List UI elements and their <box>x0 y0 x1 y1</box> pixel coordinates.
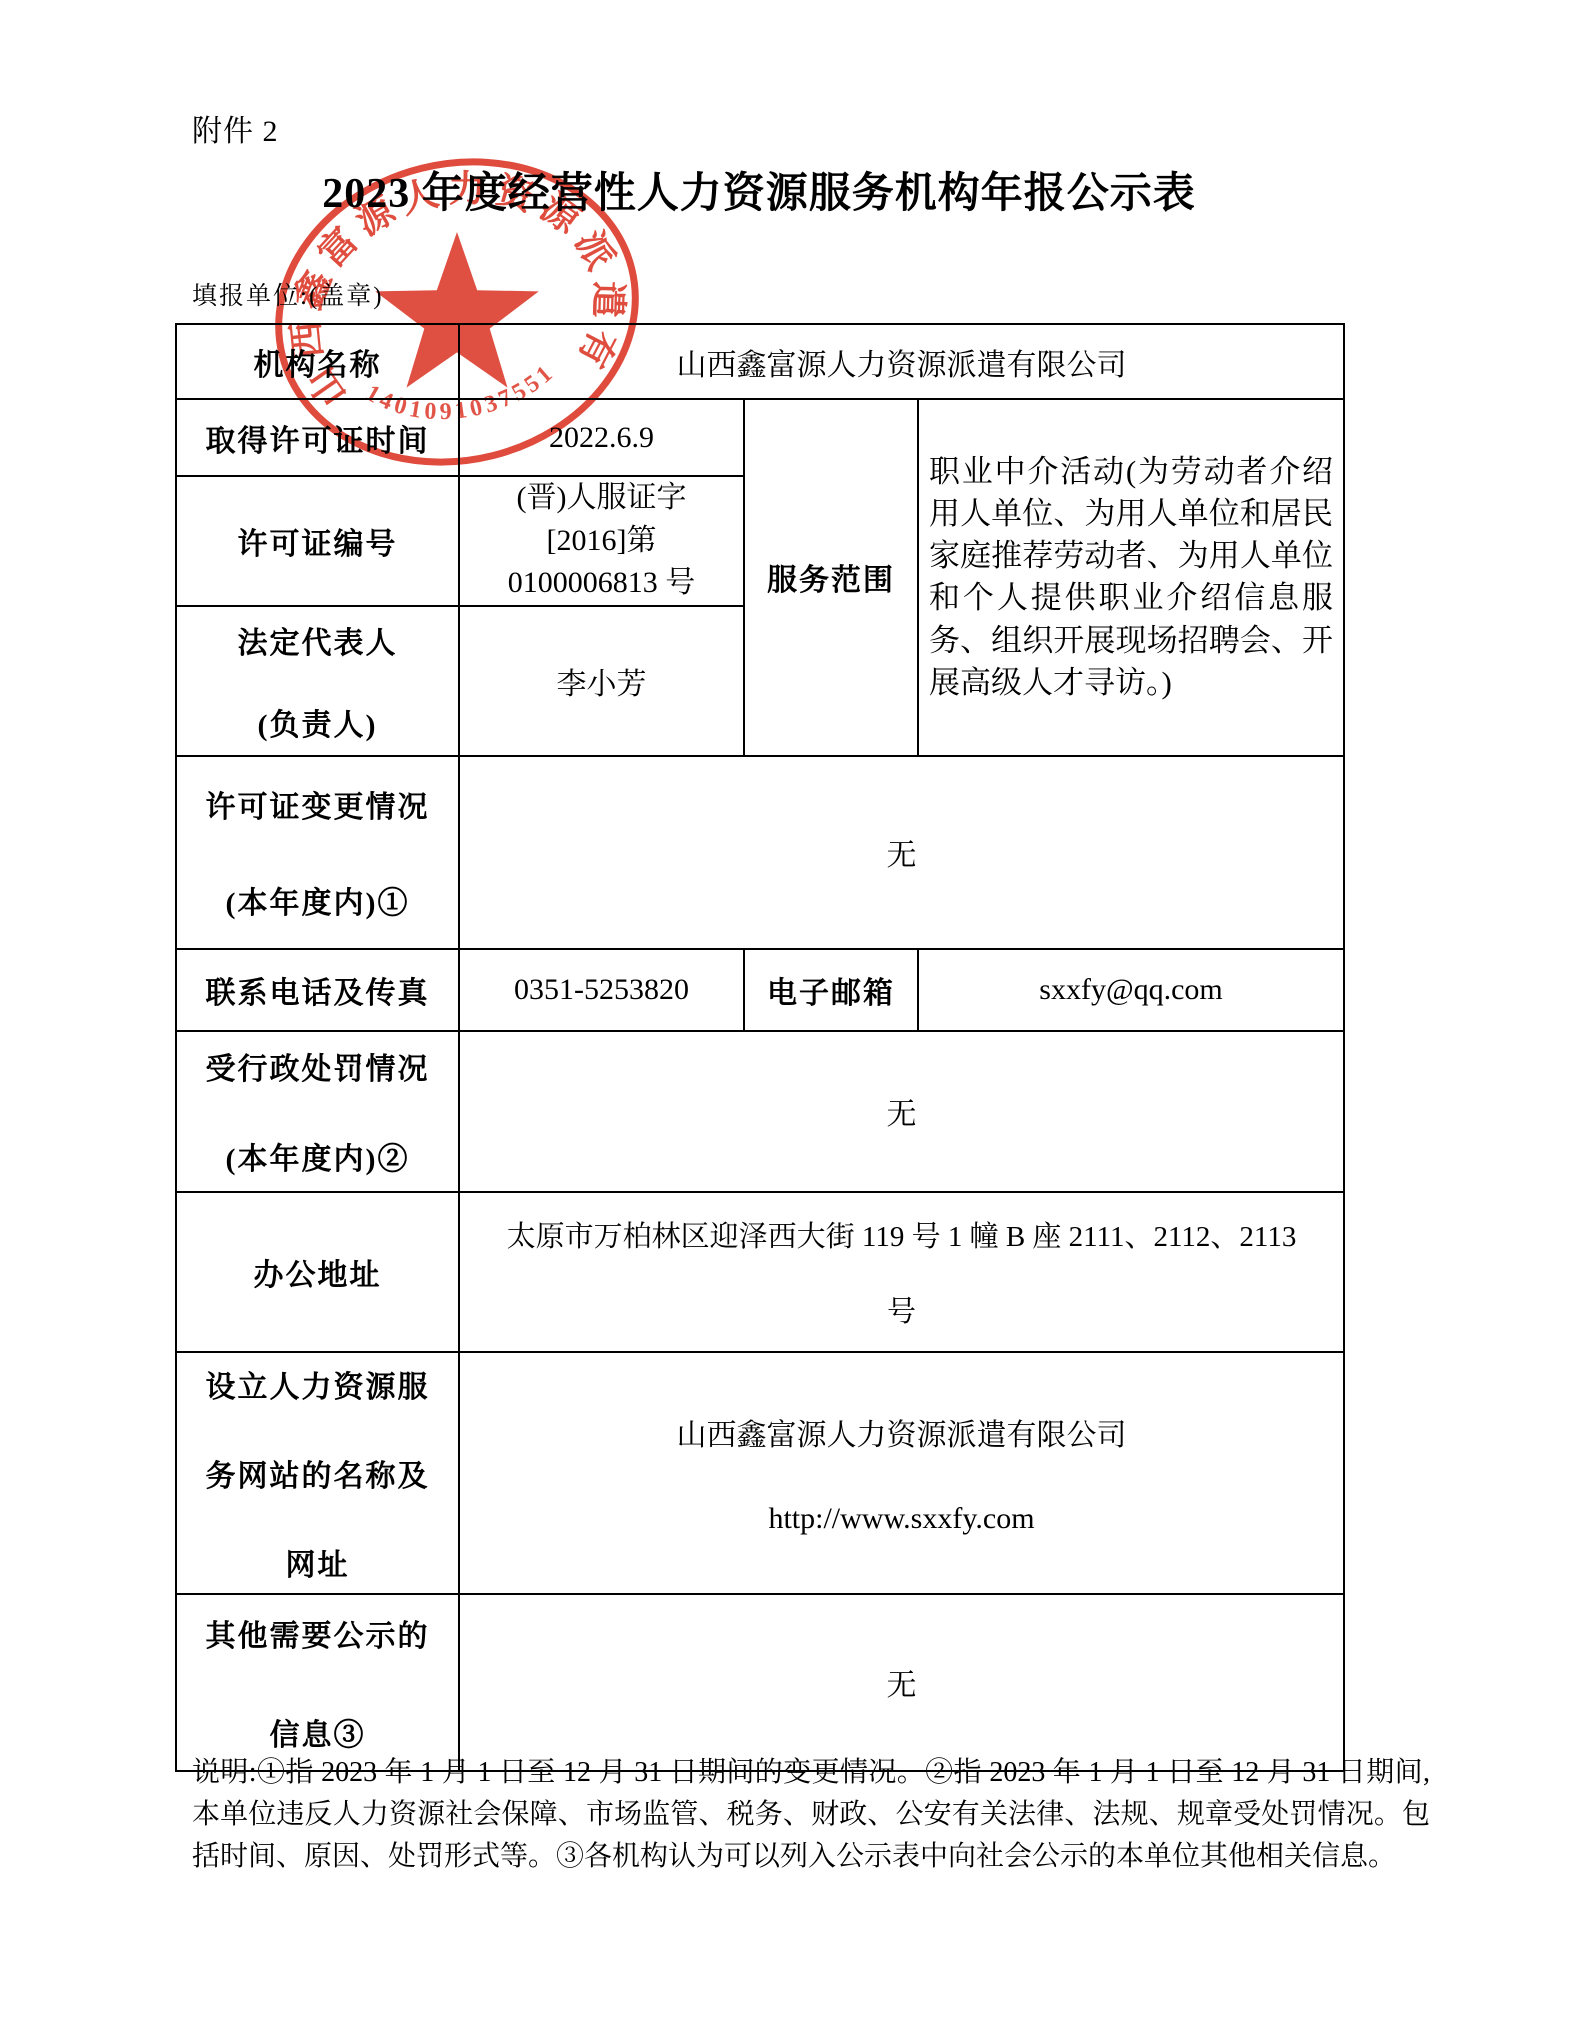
website-label: 设立人力资源服 务网站的名称及 网址 <box>176 1352 459 1594</box>
penalty-value: 无 <box>459 1031 1344 1192</box>
table-row: 办公地址 太原市万柏林区迎泽西大街 119 号 1 幢 B 座 2111、211… <box>176 1192 1344 1352</box>
penalty-label-line: (本年度内)② <box>226 1134 410 1178</box>
table-row: 取得许可证时间 2022.6.9 服务范围 职业中介活动(为劳动者介绍用人单位、… <box>176 399 1344 476</box>
service-scope-text: 职业中介活动(为劳动者介绍用人单位、为用人单位和居民家庭推荐劳动者、为用人单位和… <box>929 451 1333 704</box>
footnote: 说明:①指 2023 年 1 月 1 日至 12 月 31 日期间的变更情况。②… <box>192 1752 1430 1878</box>
email-value: sxxfy@qq.com <box>918 949 1344 1031</box>
table-row: 设立人力资源服 务网站的名称及 网址 山西鑫富源人力资源派遣有限公司 http:… <box>176 1352 1344 1594</box>
website-label-line: 网址 <box>286 1540 350 1584</box>
legal-rep-value: 李小芳 <box>459 606 744 756</box>
website-label-line: 设立人力资源服 <box>206 1362 430 1406</box>
license-time-value: 2022.6.9 <box>459 399 744 476</box>
website-name: 山西鑫富源人力资源派遣有限公司 <box>677 1410 1127 1454</box>
attachment-label: 附件 2 <box>192 106 279 150</box>
document-page: 附件 2 2023 年度经营性人力资源服务机构年报公示表 填报单位:(盖章) 机… <box>0 0 1587 2033</box>
address-line: 太原市万柏林区迎泽西大街 119 号 1 幢 B 座 2111、2112、211… <box>507 1214 1297 1255</box>
address-value: 太原市万柏林区迎泽西大街 119 号 1 幢 B 座 2111、2112、211… <box>459 1192 1344 1352</box>
table-row: 许可证变更情况 (本年度内)① 无 <box>176 756 1344 949</box>
table-row: 联系电话及传真 0351-5253820 电子邮箱 sxxfy@qq.com <box>176 949 1344 1031</box>
license-change-label-line: 许可证变更情况 <box>206 782 430 826</box>
contact-label: 联系电话及传真 <box>176 949 459 1031</box>
legal-rep-label: 法定代表人 (负责人) <box>176 606 459 756</box>
contact-value: 0351-5253820 <box>459 949 744 1031</box>
org-name-label: 机构名称 <box>176 324 459 399</box>
other-info-value: 无 <box>459 1594 1344 1771</box>
table-row: 受行政处罚情况 (本年度内)② 无 <box>176 1031 1344 1192</box>
license-change-label: 许可证变更情况 (本年度内)① <box>176 756 459 949</box>
legal-rep-label-line: (负责人) <box>258 700 378 744</box>
legal-rep-label-line: 法定代表人 <box>238 618 398 662</box>
website-label-line: 务网站的名称及 <box>206 1451 430 1495</box>
license-no-line: 0100006813 号 <box>470 562 733 605</box>
table-row: 机构名称 山西鑫富源人力资源派遣有限公司 <box>176 324 1344 399</box>
service-scope-label: 服务范围 <box>744 399 918 756</box>
license-no-line: [2016]第 <box>470 520 733 563</box>
table-row: 其他需要公示的 信息③ 无 <box>176 1594 1344 1771</box>
license-time-label: 取得许可证时间 <box>176 399 459 476</box>
license-change-label-line: (本年度内)① <box>226 878 410 922</box>
other-info-label: 其他需要公示的 信息③ <box>176 1594 459 1771</box>
org-name-value: 山西鑫富源人力资源派遣有限公司 <box>459 324 1344 399</box>
address-line: 号 <box>887 1289 916 1330</box>
website-value: 山西鑫富源人力资源派遣有限公司 http://www.sxxfy.com <box>459 1352 1344 1594</box>
license-no-value: (晋)人服证字 [2016]第 0100006813 号 <box>459 476 744 606</box>
fill-unit-label: 填报单位:(盖章) <box>192 276 384 312</box>
other-info-label-line: 信息③ <box>270 1710 366 1754</box>
email-label: 电子邮箱 <box>744 949 918 1031</box>
address-label: 办公地址 <box>176 1192 459 1352</box>
license-no-line: (晋)人服证字 <box>470 477 733 520</box>
penalty-label-line: 受行政处罚情况 <box>206 1044 430 1088</box>
report-table: 机构名称 山西鑫富源人力资源派遣有限公司 取得许可证时间 2022.6.9 服务… <box>175 323 1345 1772</box>
penalty-label: 受行政处罚情况 (本年度内)② <box>176 1031 459 1192</box>
license-change-value: 无 <box>459 756 1344 949</box>
page-title: 2023 年度经营性人力资源服务机构年报公示表 <box>175 160 1343 220</box>
other-info-label-line: 其他需要公示的 <box>206 1611 430 1655</box>
service-scope-value: 职业中介活动(为劳动者介绍用人单位、为用人单位和居民家庭推荐劳动者、为用人单位和… <box>918 399 1344 756</box>
website-url: http://www.sxxfy.com <box>768 1502 1034 1536</box>
license-no-label: 许可证编号 <box>176 476 459 606</box>
